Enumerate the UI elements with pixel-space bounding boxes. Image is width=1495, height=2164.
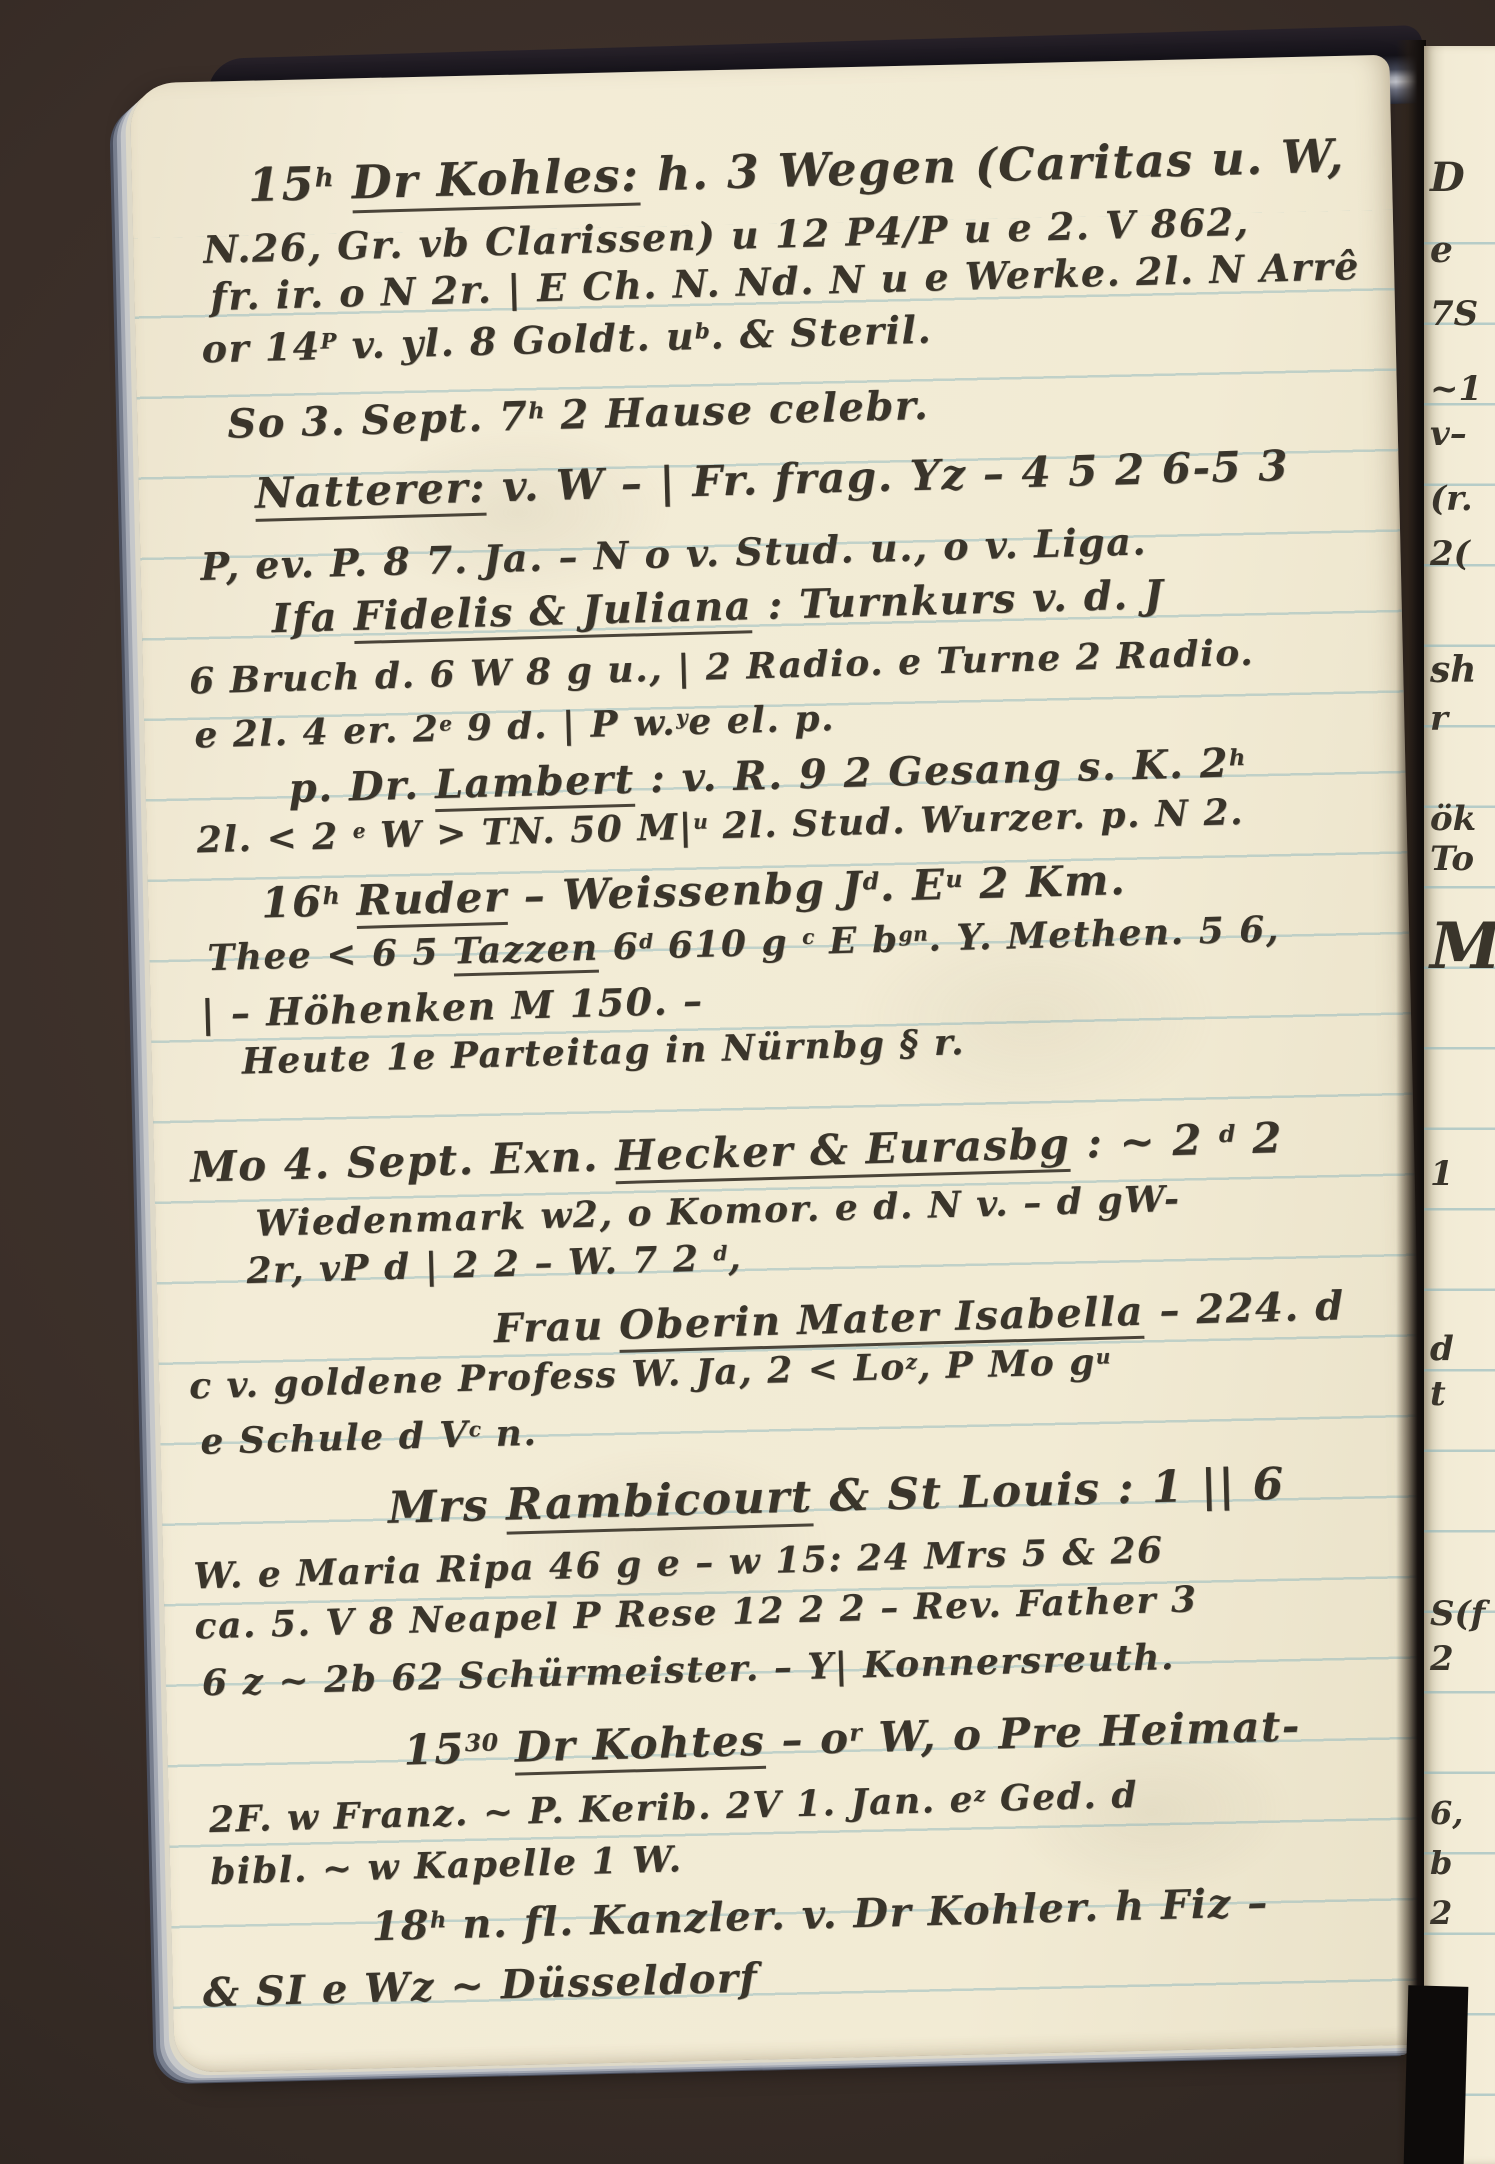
handwriting-segment: . & Steril.: [710, 307, 933, 358]
page-gutter: [1396, 40, 1426, 2164]
handwriting-segment: d: [862, 867, 880, 895]
handwriting-fragment: 6,: [1430, 1794, 1463, 1832]
handwriting-line: 6 z ~ 2b 62 Schürmeister. – Y| Konnersre…: [201, 1636, 1175, 1704]
handwriting-segment: Mrs: [387, 1480, 506, 1534]
handwriting-segment: h: [1229, 745, 1246, 771]
handwriting-fragment: 2: [1430, 1894, 1452, 1932]
handwriting-segment: p. Dr.: [288, 761, 435, 812]
handwriting-segment: Lambert: [434, 756, 635, 812]
handwriting-segment: v. W – | Fr. frag. Yz – 4 5 2 6-5 3: [485, 441, 1289, 512]
handwriting-fragment: sh: [1430, 649, 1476, 691]
handwriting-segment: e: [352, 819, 366, 843]
handwriting-segment: y: [676, 705, 689, 729]
handwriting-segment: ,: [727, 1237, 742, 1279]
handwriting-segment: Fidelis & Juliana: [353, 582, 753, 644]
handwriting-segment: 610 g: [653, 921, 803, 967]
handwriting-segment: c: [802, 925, 815, 949]
handwriting-line: bibl. ~ w Kapelle 1 W.: [210, 1838, 683, 1893]
handwriting-segment: v. yl. 8 Goldt. u: [336, 313, 695, 368]
handwriting-fragment: M: [1430, 909, 1495, 984]
handwriting-fragment: t: [1430, 1374, 1446, 1414]
handwriting-segment: Ged. d: [985, 1774, 1138, 1820]
handwriting-fragment: ök: [1430, 799, 1476, 839]
handwriting-segment: , P Mo g: [917, 1341, 1096, 1388]
handwriting-segment: 2l. < 2: [196, 815, 353, 861]
handwriting-segment: Ifa: [271, 593, 354, 642]
cover-edge-bottom: [1404, 1985, 1469, 2164]
handwriting-segment: h: [528, 398, 545, 424]
handwriting-line: & SI e Wz ~ Düsseldorf: [202, 1954, 758, 2016]
handwriting-fragment: 2(: [1430, 534, 1470, 574]
handwriting-segment: Ruder: [356, 872, 509, 929]
handwriting-segment: [498, 1723, 515, 1772]
notebook-page: 15h Dr Kohles: h. 3 Wegen (Caritas u. W,…: [130, 55, 1435, 2073]
handwriting-segment: c: [468, 1417, 481, 1441]
handwriting-line: 2r, vP d | 2 2 – W. 7 2 d,: [246, 1237, 743, 1292]
handwriting-segment: u: [945, 865, 963, 893]
handwriting-line: Natterer: v. W – | Fr. frag. Yz – 4 5 2 …: [254, 441, 1289, 518]
handwriting-segment: – o: [765, 1714, 851, 1765]
handwriting-line: Frau Oberin Mater Isabella – 224. d: [493, 1282, 1345, 1352]
handwriting-line: e Schule d Vc n.: [200, 1412, 538, 1463]
handwriting-fragment: v–: [1430, 414, 1467, 454]
handwriting-segment: bibl. ~ w Kapelle 1 W.: [210, 1838, 683, 1893]
handwriting-segment: Frau: [493, 1302, 619, 1352]
handwriting-fragment: (r.: [1430, 479, 1473, 519]
handwriting-segment: Rambicourt: [505, 1471, 813, 1534]
handwriting-line: e 2l. 4 er. 2e 9 d. | P w.ye el. p.: [194, 697, 836, 756]
handwriting-segment: c v. goldene Profess W. Ja, 2 < Lo: [189, 1346, 907, 1407]
handwriting-fragment: 1: [1430, 1154, 1454, 1194]
handwriting-fragment: r: [1430, 699, 1448, 739]
handwriting-segment: 18: [371, 1902, 431, 1951]
handwriting-line: 15h Dr Kohles: h. 3 Wegen (Caritas u. W,: [247, 128, 1345, 212]
handwriting-segment: 15: [403, 1724, 466, 1775]
handwriting-segment: 2 Km.: [962, 855, 1126, 908]
handwriting-segment: 2r, vP d | 2 2 – W. 7 2: [246, 1238, 714, 1293]
handwriting-segment: e 2l. 4 er. 2: [194, 708, 440, 757]
handwriting-segment: – 224. d: [1143, 1282, 1345, 1334]
handwriting-fragment: To: [1430, 839, 1474, 879]
handwriting-segment: 2: [1235, 1113, 1283, 1163]
handwriting-segment: . Y. Methen. 5 6,: [928, 908, 1281, 959]
handwriting-segment: h: [322, 882, 340, 910]
handwriting-segment: : Turnkurs v. d. J: [751, 571, 1165, 629]
handwriting-segment: – Weissenbg J: [507, 862, 864, 921]
handwriting-segment: h: [314, 163, 334, 194]
handwriting-fragment: D: [1430, 154, 1465, 201]
handwriting-segment: Mo 4. Sept. Exn.: [190, 1131, 616, 1191]
handwriting-segment: n.: [481, 1412, 538, 1455]
handwriting-segment: | – Höhenken M 150. –: [200, 978, 704, 1037]
handwriting-line: 6 Bruch d. 6 W 8 g u., | 2 Radio. e Turn…: [189, 632, 1255, 703]
handwriting-segment: 9 d. | P w.: [452, 701, 677, 749]
adjacent-page: De7S~1v–(r.2(shrökToM1dtS(f26,b2: [1424, 46, 1495, 2164]
handwriting-line: So 3. Sept. 7h 2 Hause celebr.: [227, 382, 930, 448]
handwriting-line: Mrs Rambicourt & St Louis : 1 || 6: [387, 1459, 1285, 1534]
handwriting-segment: 6: [598, 926, 640, 969]
handwriting-segment: h: [430, 1907, 447, 1933]
handwriting-segment: d: [713, 1241, 728, 1265]
handwriting-segment: : ~ 2: [1070, 1115, 1220, 1168]
handwriting-segment: u: [1095, 1344, 1111, 1368]
handwriting-segment: So 3. Sept. 7: [227, 393, 529, 448]
handwriting-segment: Hecker & Eurasbg: [614, 1119, 1071, 1184]
handwriting-segment: h. 3 Wegen (Caritas u. W,: [639, 128, 1346, 201]
handwriting-segment: e Schule d V: [200, 1414, 469, 1463]
handwriting-segment: 30: [464, 1728, 498, 1757]
handwriting-fragment: b: [1430, 1844, 1452, 1882]
handwriting-fragment: 7S: [1430, 294, 1478, 334]
handwriting-segment: n. fl. Kanzler. v. Dr Kohler. h Fiz –: [446, 1879, 1269, 1948]
handwriting-line: Wiedenmark w2, o Komor. e d. N v. – d gW…: [255, 1178, 1181, 1245]
handwriting-segment: or 14: [201, 323, 321, 371]
handwriting-segment: Dr Kohtes: [514, 1716, 766, 1776]
handwriting-segment: 15: [247, 156, 315, 212]
handwriting-segment: 2l. Stud. Wurzer. p. N 2.: [708, 791, 1245, 847]
handwriting-segment: 2F. w Franz. ~ P. Kerib. 2V 1. Jan. e: [208, 1778, 974, 1841]
handwriting-segment: z: [974, 1782, 987, 1806]
handwriting-segment: gn: [898, 922, 928, 947]
handwriting-segment: 6 z ~ 2b 62 Schürmeister. – Y| Konnersre…: [201, 1636, 1175, 1704]
handwriting-line: 18h n. fl. Kanzler. v. Dr Kohler. h Fiz …: [371, 1879, 1269, 1950]
handwriting-segment: . E: [879, 860, 946, 911]
handwriting-segment: d: [639, 929, 654, 953]
handwriting-segment: d: [1219, 1120, 1237, 1148]
handwriting-segment: Dr Kohles:: [351, 148, 640, 214]
handwriting-line: 2F. w Franz. ~ P. Kerib. 2V 1. Jan. ez G…: [208, 1774, 1138, 1841]
handwriting-fragment: e: [1430, 229, 1453, 271]
handwriting-segment: W > TN. 50 M|: [366, 806, 694, 857]
handwriting-fragment: 2: [1430, 1639, 1454, 1679]
handwriting-segment: 16: [261, 877, 324, 928]
handwriting-segment: z: [905, 1350, 918, 1374]
handwriting-segment: W, o Pre Heimat-: [862, 1701, 1302, 1762]
handwriting-segment: E b: [814, 919, 899, 963]
handwriting-segment: & SI e Wz ~ Düsseldorf: [202, 1954, 758, 2016]
handwriting-segment: b: [695, 319, 711, 344]
handwriting-segment: & St Louis : 1 || 6: [812, 1459, 1286, 1523]
handwriting-segment: 6 Bruch d. 6 W 8 g u., | 2 Radio. e Turn…: [189, 632, 1255, 703]
handwriting-segment: [340, 876, 357, 925]
handwriting-segment: [333, 155, 352, 209]
handwriting-fragment: d: [1430, 1329, 1454, 1369]
handwriting-fragment: S(f: [1430, 1594, 1485, 1634]
handwriting-segment: Wiedenmark w2, o Komor. e d. N v. – d gW…: [255, 1178, 1181, 1245]
handwriting-segment: 2 Hause celebr.: [545, 382, 930, 439]
handwriting-segment: u: [693, 809, 709, 833]
handwriting-segment: e el. p.: [688, 697, 836, 743]
photo-background: 15h Dr Kohles: h. 3 Wegen (Caritas u. W,…: [0, 0, 1495, 2164]
handwriting-segment: e: [439, 711, 453, 735]
handwriting-segment: P: [320, 329, 337, 354]
handwriting-segment: Thee < 6 5: [207, 931, 454, 980]
handwriting-fragment: ~1: [1430, 369, 1482, 409]
handwriting-segment: r: [849, 1718, 863, 1746]
handwriting-line: | – Höhenken M 150. –: [200, 978, 704, 1037]
handwriting-segment: Tazzen: [452, 927, 599, 977]
handwriting-segment: Natterer:: [254, 463, 486, 522]
handwriting-line: 1530 Dr Kohtes – or W, o Pre Heimat-: [403, 1701, 1302, 1774]
